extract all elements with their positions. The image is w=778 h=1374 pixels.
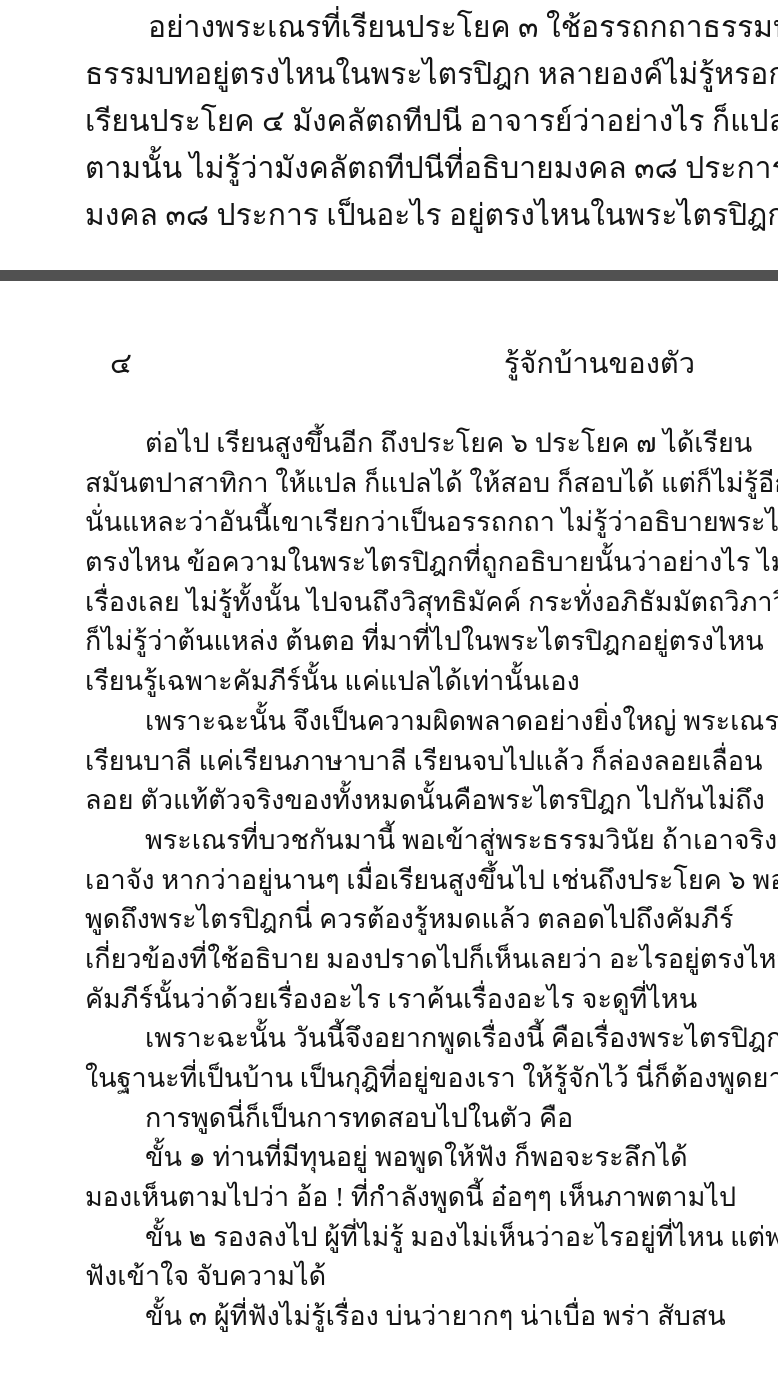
text-line: คัมภีร์นั้นว่าด้วยเรื่องอะไร เราค้นเรื่อ…: [85, 980, 697, 1020]
text-line: มองเห็นตามไปว่า อ้อ ! ที่กำลังพูดนี้ อ๋อ…: [85, 1178, 697, 1218]
text-line: ขั้น ๒ รองลงไป ผู้ที่ไม่รู้ มองไม่เห็นว่…: [85, 1218, 697, 1258]
text-line: ธรรมบทอยู่ตรงไหนในพระไตรปิฎก หลายองค์ไม่…: [85, 51, 697, 98]
text-line: เรียนบาลี แค่เรียนภาษาบาลี เรียนจบไปแล้ว…: [85, 742, 697, 782]
page-header: ๔ รู้จักบ้านของตัว: [85, 344, 695, 386]
text-line: ก็ไม่รู้ว่าต้นแหล่ง ต้นตอ ที่มาที่ไปในพร…: [85, 622, 697, 662]
page-body: ต่อไป เรียนสูงขึ้นอีก ถึงประโยค ๖ ประโยค…: [85, 424, 697, 1337]
text-line: เพราะฉะนั้น จึงเป็นความผิดพลาดอย่างยิ่งใ…: [85, 702, 697, 742]
text-line: เรียนประโยค ๔ มังคลัตถทีปนี อาจารย์ว่าอย…: [85, 98, 697, 145]
running-title: รู้จักบ้านของตัว: [504, 340, 695, 386]
text-line: สมันตปาสาทิกา ให้แปล ก็แปลได้ ให้สอบ ก็ส…: [85, 464, 697, 504]
text-line: เกี่ยวข้องที่ใช้อธิบาย มองปราดไปก็เห็นเล…: [85, 940, 697, 980]
book-page-spread: { "colors": { "background": "#ffffff", "…: [0, 0, 778, 1374]
previous-page-fragment: อย่างพระเณรที่เรียนประโยค ๓ ใช้อรรถกถาธร…: [85, 4, 697, 239]
text-line: ในฐานะที่เป็นบ้าน เป็นกุฎิที่อยู่ของเรา …: [85, 1059, 697, 1099]
text-line: ฟังเข้าใจ จับความได้: [85, 1257, 697, 1297]
text-line: เพราะฉะนั้น วันนี้จึงอยากพูดเรื่องนี้ คื…: [85, 1019, 697, 1059]
text-line: ขั้น ๑ ท่านที่มีทุนอยู่ พอพูดให้ฟัง ก็พอ…: [85, 1138, 697, 1178]
text-line: มงคล ๓๘ ประการ เป็นอะไร อยู่ตรงไหนในพระไ…: [85, 192, 697, 239]
text-line: พูดถึงพระไตรปิฎกนี่ ควรต้องรู้หมดแล้ว ตล…: [85, 900, 697, 940]
text-line: ตามนั้น ไม่รู้ว่ามังคลัตถทีปนีที่อธิบายม…: [85, 145, 697, 192]
page-divider: [0, 270, 778, 281]
text-line: เรื่องเลย ไม่รู้ทั้งนั้น ไปจนถึงวิสุทธิม…: [85, 583, 697, 623]
text-line: อย่างพระเณรที่เรียนประโยค ๓ ใช้อรรถกถาธร…: [85, 4, 697, 51]
text-line: พระเณรที่บวชกันมานี้ พอเข้าสู่พระธรรมวิน…: [85, 821, 697, 861]
text-line: การพูดนี่ก็เป็นการทดสอบไปในตัว คือ: [85, 1099, 697, 1139]
text-line: เรียนรู้เฉพาะคัมภีร์นั้น แค่แปลได้เท่านั…: [85, 662, 697, 702]
text-line: เอาจัง หากว่าอยู่นานๆ เมื่อเรียนสูงขึ้นไ…: [85, 861, 697, 901]
page-number: ๔: [85, 340, 132, 386]
text-line: ต่อไป เรียนสูงขึ้นอีก ถึงประโยค ๖ ประโยค…: [85, 424, 697, 464]
text-line: ตรงไหน ข้อความในพระไตรปิฎกที่ถูกอธิบายนั…: [85, 543, 697, 583]
text-line: นั่นแหละว่าอันนี้เขาเรียกว่าเป็นอรรถกถา …: [85, 503, 697, 543]
text-line: ขั้น ๓ ผู้ที่ฟังไม่รู้เรื่อง บ่นว่ายากๆ …: [85, 1297, 697, 1337]
text-line: ลอย ตัวแท้ตัวจริงของทั้งหมดนั้นคือพระไตร…: [85, 781, 697, 821]
